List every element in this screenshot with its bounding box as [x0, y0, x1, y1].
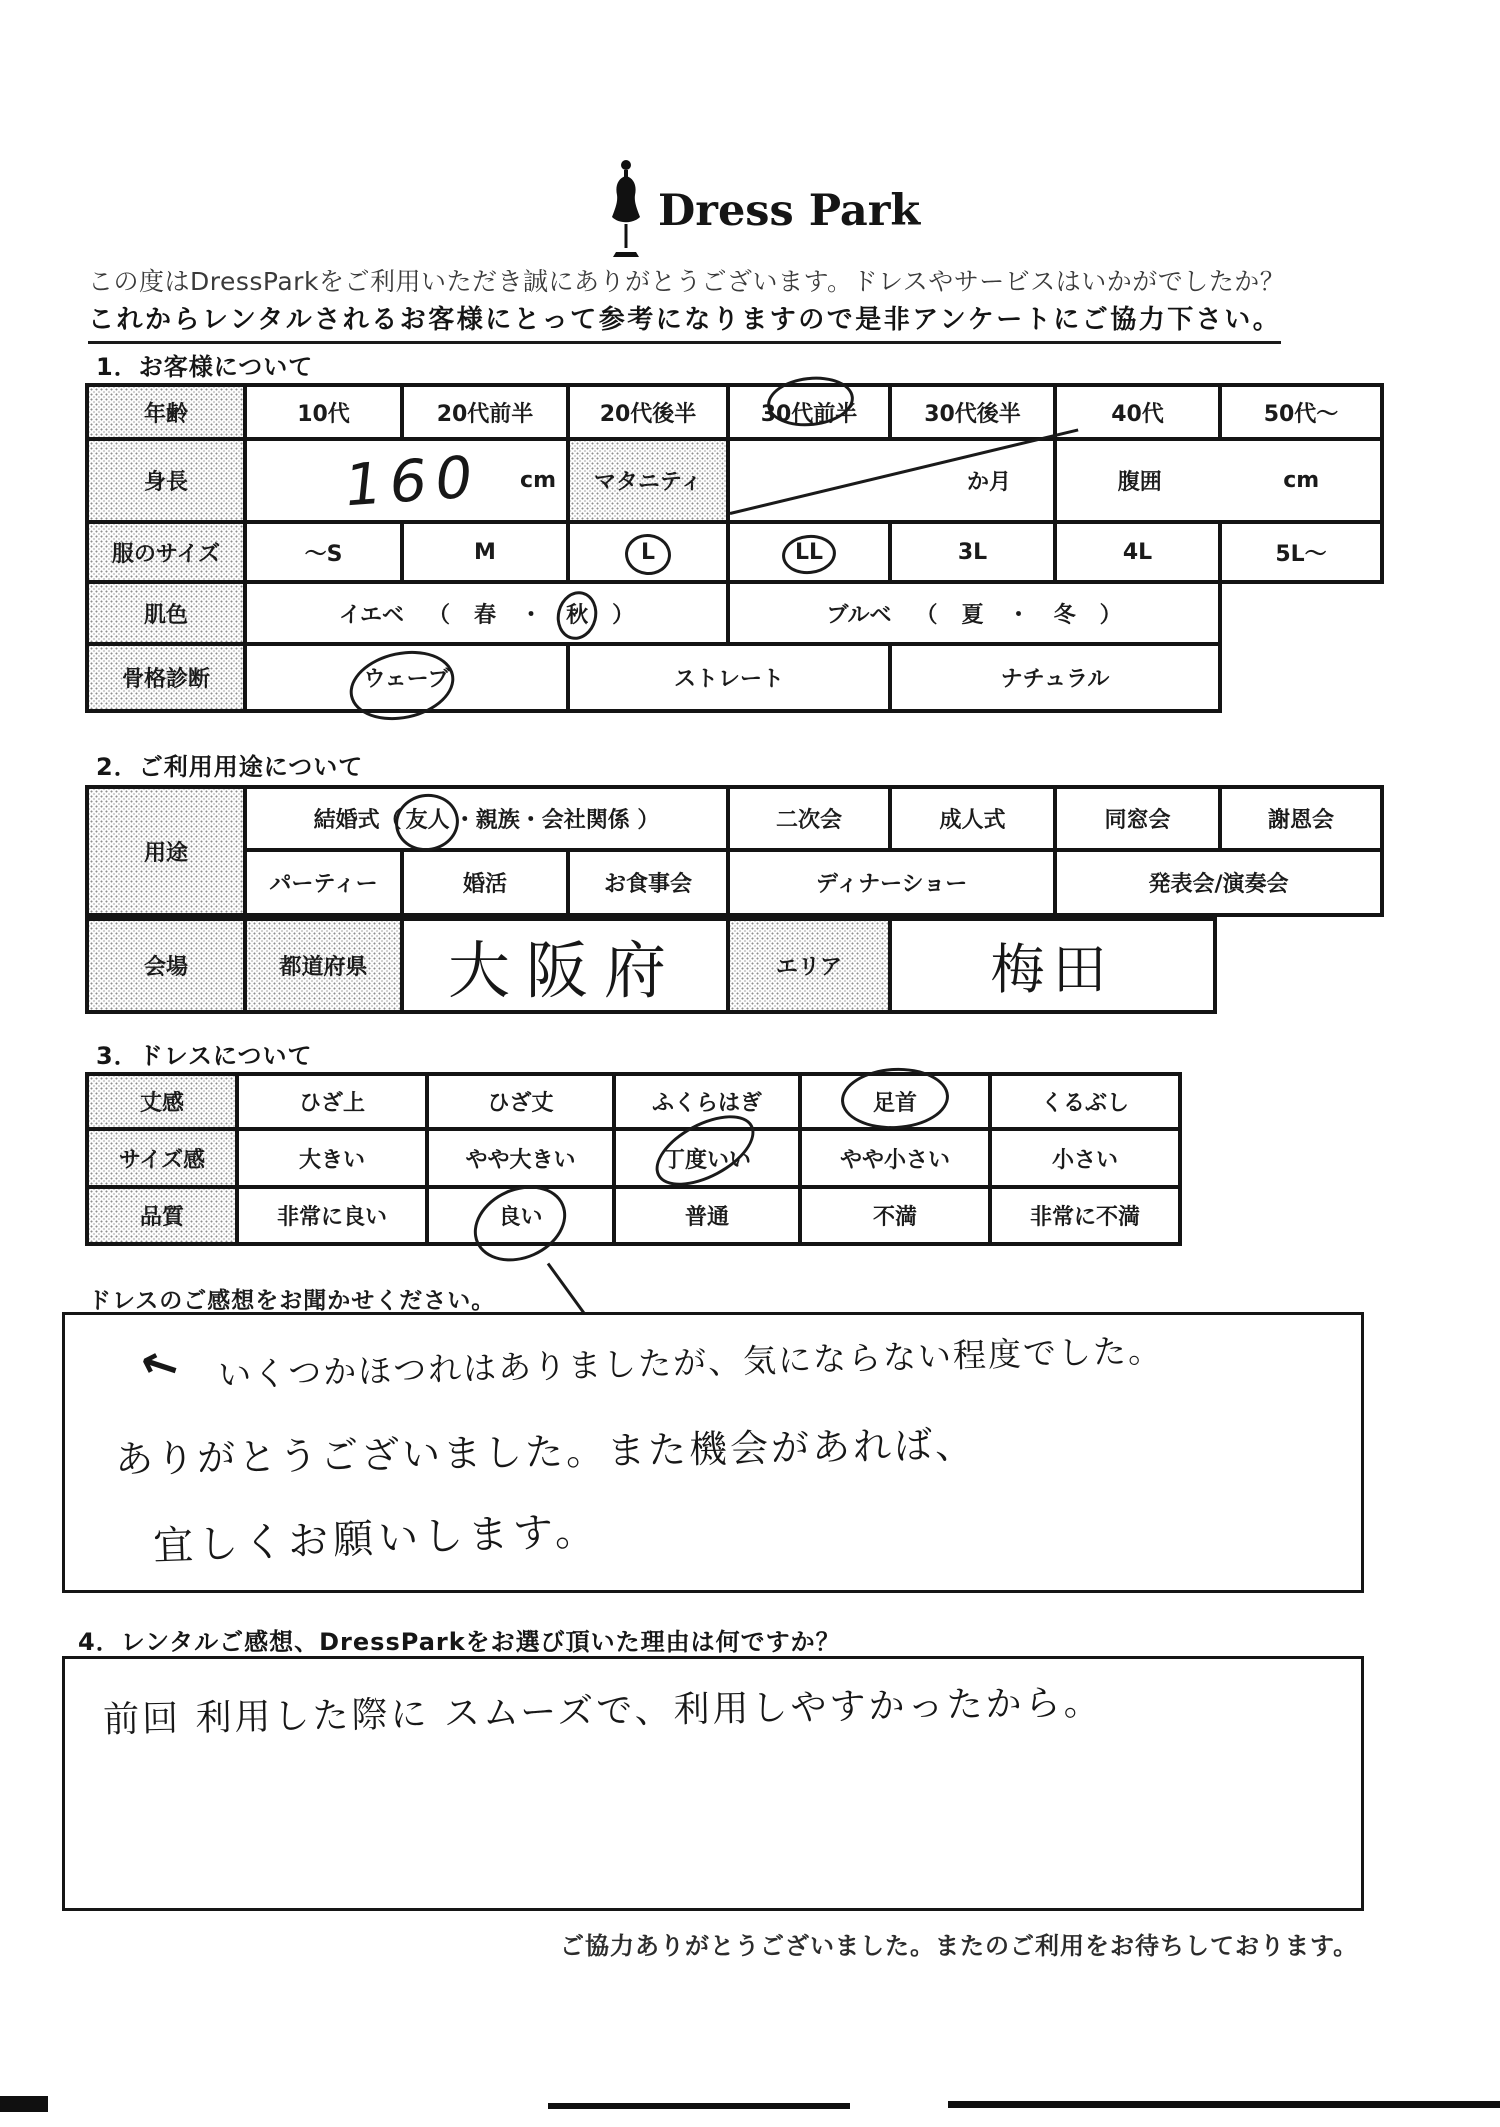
maternity-months-cell: か月: [728, 439, 1055, 522]
frame-label: 骨格診断: [87, 644, 245, 711]
length-option: ひざ丈: [427, 1074, 614, 1129]
dot: ・: [520, 598, 542, 629]
size-option: 4L: [1055, 522, 1220, 582]
length-option-selected: 足首: [800, 1074, 990, 1129]
reason-answer-box: 前回 利用した際に スムーズで、利用しやすかったから。: [62, 1656, 1364, 1911]
skin-yellow-cell: イエベ （ 春 ・ 秋 ）: [245, 582, 728, 644]
skin-yellow: イエベ: [339, 598, 404, 629]
paren: ）: [1100, 598, 1122, 629]
quality-option-selected: 良い: [427, 1187, 614, 1244]
scan-artifact-right: [948, 2101, 1500, 2108]
age-option-selected: 30代前半: [728, 385, 890, 439]
length-option: くるぶし: [990, 1074, 1180, 1129]
skin-blue-cell: ブルベ （ 夏 ・ 冬 ）: [728, 582, 1220, 644]
age-option: 10代: [245, 385, 402, 439]
quality-option: 不満: [800, 1187, 990, 1244]
hand-circle-fit: 丁度いい: [663, 1143, 751, 1174]
size-option: 5L～: [1220, 522, 1382, 582]
size-option-selected: LL: [728, 522, 890, 582]
fit-label: サイズ感: [87, 1129, 237, 1187]
age-option: 30代後半: [890, 385, 1055, 439]
skin-blue: ブルベ: [826, 598, 891, 629]
area-value-cell: 梅田: [890, 919, 1215, 1012]
reason-answer-handwritten: 前回 利用した際に スムーズで、利用しやすかったから。: [103, 1674, 1103, 1742]
scan-artifact-mid: [548, 2103, 850, 2109]
height-unit: cm: [520, 468, 556, 493]
prefecture-label: 都道府県: [245, 919, 402, 1012]
size-option-selected: L: [568, 522, 728, 582]
quality-label: 品質: [87, 1187, 237, 1244]
section2-heading: 2．ご利用用途について: [96, 747, 363, 782]
feedback-line-1: いくつかほつれはありましたが、気にならない程度でした。: [218, 1325, 1164, 1397]
length-label: 丈感: [87, 1074, 237, 1129]
prefecture-handwritten: 大阪府: [448, 934, 682, 1007]
fit-option: やや小さい: [800, 1129, 990, 1187]
hand-circle-ankle: 足首: [873, 1086, 917, 1117]
prefecture-value-cell: 大阪府: [402, 919, 728, 1012]
dot: ・: [1008, 598, 1030, 629]
waist-cell: 腹囲 cm: [1055, 439, 1382, 522]
age-label: 年齢: [87, 385, 245, 439]
size-label: 服のサイズ: [87, 522, 245, 582]
quality-option: 非常に良い: [237, 1187, 427, 1244]
fit-option: 大きい: [237, 1129, 427, 1187]
quality-option: 普通: [614, 1187, 800, 1244]
purpose-option: お食事会: [568, 850, 728, 915]
age-option: 50代～: [1220, 385, 1382, 439]
hand-circle-friend: 友人: [406, 803, 450, 834]
venue-table: 会場 都道府県 大阪府 エリア 梅田: [85, 917, 1217, 1014]
height-value-handwritten: 160: [341, 442, 484, 519]
waist-unit: cm: [1283, 468, 1319, 493]
purpose-option: 成人式: [890, 787, 1055, 850]
area-label: エリア: [728, 919, 890, 1012]
length-option: ひざ上: [237, 1074, 427, 1129]
frame-option: ストレート: [568, 644, 890, 711]
scan-artifact-left: [0, 2096, 48, 2112]
section1-heading: 1．お客様について: [96, 347, 313, 382]
height-label: 身長: [87, 439, 245, 522]
survey-scan-page: Dress Park この度はDressParkをご利用いただき誠にありがとうご…: [0, 0, 1500, 2127]
brand-logo-text: Dress Park: [658, 186, 920, 236]
height-value-cell: 160 cm: [245, 439, 568, 522]
feedback-line-2: ありがとうございました。また機会があれば、: [115, 1413, 977, 1483]
empty-spacer: [1220, 644, 1382, 711]
age-option: 40代: [1055, 385, 1220, 439]
purpose-wedding-cell: 結婚式（ 友人 ・親族・会社関係 ）: [245, 787, 728, 850]
hand-circle-size-ll: LL: [795, 540, 823, 565]
area-handwritten: 梅田: [991, 938, 1115, 1001]
venue-label: 会場: [87, 919, 245, 1012]
purpose-option: 二次会: [728, 787, 890, 850]
purpose-option: 謝恩会: [1220, 787, 1382, 850]
size-option: 3L: [890, 522, 1055, 582]
skin-summer: 夏: [962, 598, 984, 629]
paren: （: [428, 598, 450, 629]
section3-heading: 3．ドレスについて: [96, 1036, 313, 1071]
hand-circle-age: 30代前半: [761, 397, 858, 428]
usage-table: 用途 結婚式（ 友人 ・親族・会社関係 ） 二次会 成人式 同窓会 謝恩会 パー…: [85, 785, 1384, 917]
intro-line-2: これからレンタルされるお客様にとって参考になりますので是非アンケートにご協力下さ…: [88, 299, 1281, 344]
closing-text: ご協力ありがとうございました。またのご利用をお待ちしております。: [560, 1926, 1358, 1961]
purpose-label: 用途: [87, 787, 245, 915]
hand-circle-size-l: L: [641, 540, 655, 565]
hand-arrow-icon: ←: [134, 1332, 187, 1395]
months-label: か月: [967, 465, 1011, 496]
purpose-option: パーティー: [245, 850, 402, 915]
dress-table: 丈感 ひざ上 ひざ丈 ふくらはぎ 足首 くるぶし サイズ感 大きい やや大きい …: [85, 1072, 1182, 1246]
intro-line-1: この度はDressParkをご利用いただき誠にありがとうございます。ドレスやサー…: [88, 262, 1285, 298]
skin-label: 肌色: [87, 582, 245, 644]
fit-option: やや大きい: [427, 1129, 614, 1187]
hand-circle-autumn: 秋: [566, 598, 588, 629]
length-option: ふくらはぎ: [614, 1074, 800, 1129]
frame-option-selected: ウェーブ: [245, 644, 568, 711]
dress-feedback-label: ドレスのご感想をお聞かせください。: [88, 1282, 495, 1315]
section4-heading: 4．レンタルご感想、DressParkをお選び頂いた理由は何ですか？: [78, 1622, 841, 1657]
purpose-option: 同窓会: [1055, 787, 1220, 850]
quality-option: 非常に不満: [990, 1187, 1180, 1244]
waist-label: 腹囲: [1118, 465, 1162, 496]
wedding-prefix: 結婚式（: [314, 803, 402, 834]
wedding-suffix: ・親族・会社関係 ）: [454, 803, 660, 834]
customer-table: 年齢 10代 20代前半 20代後半 30代前半 30代後半 40代 50代～ …: [85, 383, 1384, 713]
skin-spring: 春: [474, 598, 496, 629]
frame-option: ナチュラル: [890, 644, 1220, 711]
empty-spacer: [1220, 582, 1382, 644]
paren: ）: [612, 598, 634, 629]
size-option: ～S: [245, 522, 402, 582]
age-option: 20代前半: [402, 385, 568, 439]
purpose-option: 発表会/演奏会: [1055, 850, 1382, 915]
hand-circle-good: 良い: [498, 1200, 542, 1231]
dress-mannequin-icon: [604, 158, 648, 262]
dress-feedback-box: ← いくつかほつれはありましたが、気にならない程度でした。 ありがとうございまし…: [62, 1312, 1364, 1593]
paren: （: [916, 598, 938, 629]
purpose-option: ディナーショー: [728, 850, 1055, 915]
age-option: 20代後半: [568, 385, 728, 439]
maternity-label: マタニティ: [568, 439, 728, 522]
feedback-line-3: 宜しくお願いします。: [152, 1499, 601, 1572]
size-option: M: [402, 522, 568, 582]
fit-option-selected: 丁度いい: [614, 1129, 800, 1187]
purpose-option: 婚活: [402, 850, 568, 915]
hand-circle-wave: ウェーブ: [363, 662, 449, 693]
fit-option: 小さい: [990, 1129, 1180, 1187]
skin-winter: 冬: [1054, 598, 1076, 629]
